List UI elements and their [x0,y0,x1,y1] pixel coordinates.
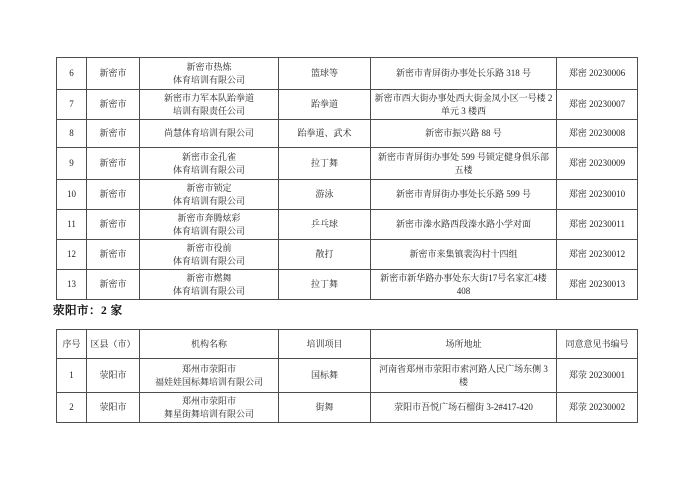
cell-project: 游泳 [279,180,371,210]
cell-project: 国标舞 [279,359,371,393]
cell-project: 拉丁舞 [279,148,371,180]
table-row: 8 新密市 尚慧体育培训有限公司 跆拳道、武术 新密市振兴路 88 号 郑密 2… [57,120,638,148]
cell-serial: 11 [57,210,87,240]
cell-district: 荥阳市 [87,393,140,423]
cell-district: 新密市 [87,180,140,210]
cell-org-name: 郑州市荥阳市 福娃娃国标舞培训有限公司 [140,359,279,393]
cell-approval-no: 郑密 20230010 [557,180,638,210]
cell-project: 街舞 [279,393,371,423]
cell-approval-no: 郑密 20230006 [557,58,638,90]
header-approval-no: 同意意见书编号 [557,330,638,359]
header-project: 培训项目 [279,330,371,359]
cell-serial: 6 [57,58,87,90]
cell-serial: 9 [57,148,87,180]
cell-org-name: 新密市金孔雀 体育培训有限公司 [140,148,279,180]
cell-approval-no: 郑密 20230012 [557,240,638,270]
cell-project: 乒乓球 [279,210,371,240]
table-row: 6 新密市 新密市热炼 体育培训有限公司 篮球等 新密市青屏街办事处长乐路 31… [57,58,638,90]
cell-approval-no: 郑密 20230011 [557,210,638,240]
cell-serial: 8 [57,120,87,148]
cell-approval-no: 郑荥 20230002 [557,393,638,423]
cell-org-name: 郑州市荥阳市 舞星街舞培训有限公司 [140,393,279,423]
cell-address: 新密市青屏街办事处长乐路 599 号 [371,180,557,210]
cell-address: 新密市溱水路西段溱水路小学对面 [371,210,557,240]
cell-serial: 1 [57,359,87,393]
cell-serial: 10 [57,180,87,210]
cell-district: 新密市 [87,240,140,270]
cell-district: 荥阳市 [87,359,140,393]
cell-org-name: 新密市热炼 体育培训有限公司 [140,58,279,90]
cell-org-name: 新密市役前 体育培训有限公司 [140,240,279,270]
cell-org-name: 新密市力军本队跆拳道 培训有限责任公司 [140,90,279,120]
cell-project: 跆拳道、武术 [279,120,371,148]
cell-address: 新密市振兴路 88 号 [371,120,557,148]
cell-approval-no: 郑荥 20230001 [557,359,638,393]
cell-project: 篮球等 [279,58,371,90]
cell-district: 新密市 [87,270,140,300]
cell-district: 新密市 [87,90,140,120]
cell-address: 新密市青屏街办事处 599 号锁定健身俱乐部五楼 [371,148,557,180]
header-org-name: 机构名称 [140,330,279,359]
cell-district: 新密市 [87,210,140,240]
section-heading-xingyang: 荥阳市：2 家 [53,302,123,318]
cell-org-name: 尚慧体育培训有限公司 [140,120,279,148]
cell-org-name: 新密市燃舞 体育培训有限公司 [140,270,279,300]
xingyang-institutions-table: 序号 区县（市） 机构名称 培训项目 场所地址 同意意见书编号 1 荥阳市 郑州… [56,329,638,423]
cell-serial: 7 [57,90,87,120]
table-row: 11 新密市 新密市奔腾炫彩 体育培训有限公司 乒乓球 新密市溱水路西段溱水路小… [57,210,638,240]
cell-serial: 2 [57,393,87,423]
cell-address: 新密市西大街办事处西大街金凤小区一号楼 2 单元 3 楼西 [371,90,557,120]
table-row: 10 新密市 新密市锁定 体育培训有限公司 游泳 新密市青屏街办事处长乐路 59… [57,180,638,210]
cell-serial: 13 [57,270,87,300]
header-district: 区县（市） [87,330,140,359]
table-row: 13 新密市 新密市燃舞 体育培训有限公司 拉丁舞 新密市新华路办事处东大街17… [57,270,638,300]
table-row: 7 新密市 新密市力军本队跆拳道 培训有限责任公司 跆拳道 新密市西大街办事处西… [57,90,638,120]
cell-district: 新密市 [87,148,140,180]
cell-district: 新密市 [87,120,140,148]
table-row: 9 新密市 新密市金孔雀 体育培训有限公司 拉丁舞 新密市青屏街办事处 599 … [57,148,638,180]
cell-project: 跆拳道 [279,90,371,120]
cell-address: 新密市新华路办事处东大街17号名家汇4楼408 [371,270,557,300]
cell-project: 散打 [279,240,371,270]
table-row: 2 荥阳市 郑州市荥阳市 舞星街舞培训有限公司 街舞 荥阳市吾悦广场石榴街 3-… [57,393,638,423]
cell-address: 新密市来集镇裴沟村十四组 [371,240,557,270]
cell-address: 新密市青屏街办事处长乐路 318 号 [371,58,557,90]
cell-approval-no: 郑密 20230007 [557,90,638,120]
header-address: 场所地址 [371,330,557,359]
cell-org-name: 新密市锁定 体育培训有限公司 [140,180,279,210]
table-header-row: 序号 区县（市） 机构名称 培训项目 场所地址 同意意见书编号 [57,330,638,359]
table-row: 1 荥阳市 郑州市荥阳市 福娃娃国标舞培训有限公司 国标舞 河南省郑州市荥阳市索… [57,359,638,393]
cell-address: 河南省郑州市荥阳市索河路人民广场东侧 3 楼 [371,359,557,393]
xinmi-institutions-table: 6 新密市 新密市热炼 体育培训有限公司 篮球等 新密市青屏街办事处长乐路 31… [56,57,638,300]
cell-district: 新密市 [87,58,140,90]
cell-approval-no: 郑密 20230008 [557,120,638,148]
cell-org-name: 新密市奔腾炫彩 体育培训有限公司 [140,210,279,240]
cell-approval-no: 郑密 20230013 [557,270,638,300]
header-serial: 序号 [57,330,87,359]
document-page: 6 新密市 新密市热炼 体育培训有限公司 篮球等 新密市青屏街办事处长乐路 31… [0,0,690,488]
cell-address: 荥阳市吾悦广场石榴街 3-2#417-420 [371,393,557,423]
cell-project: 拉丁舞 [279,270,371,300]
cell-serial: 12 [57,240,87,270]
cell-approval-no: 郑密 20230009 [557,148,638,180]
table-row: 12 新密市 新密市役前 体育培训有限公司 散打 新密市来集镇裴沟村十四组 郑密… [57,240,638,270]
